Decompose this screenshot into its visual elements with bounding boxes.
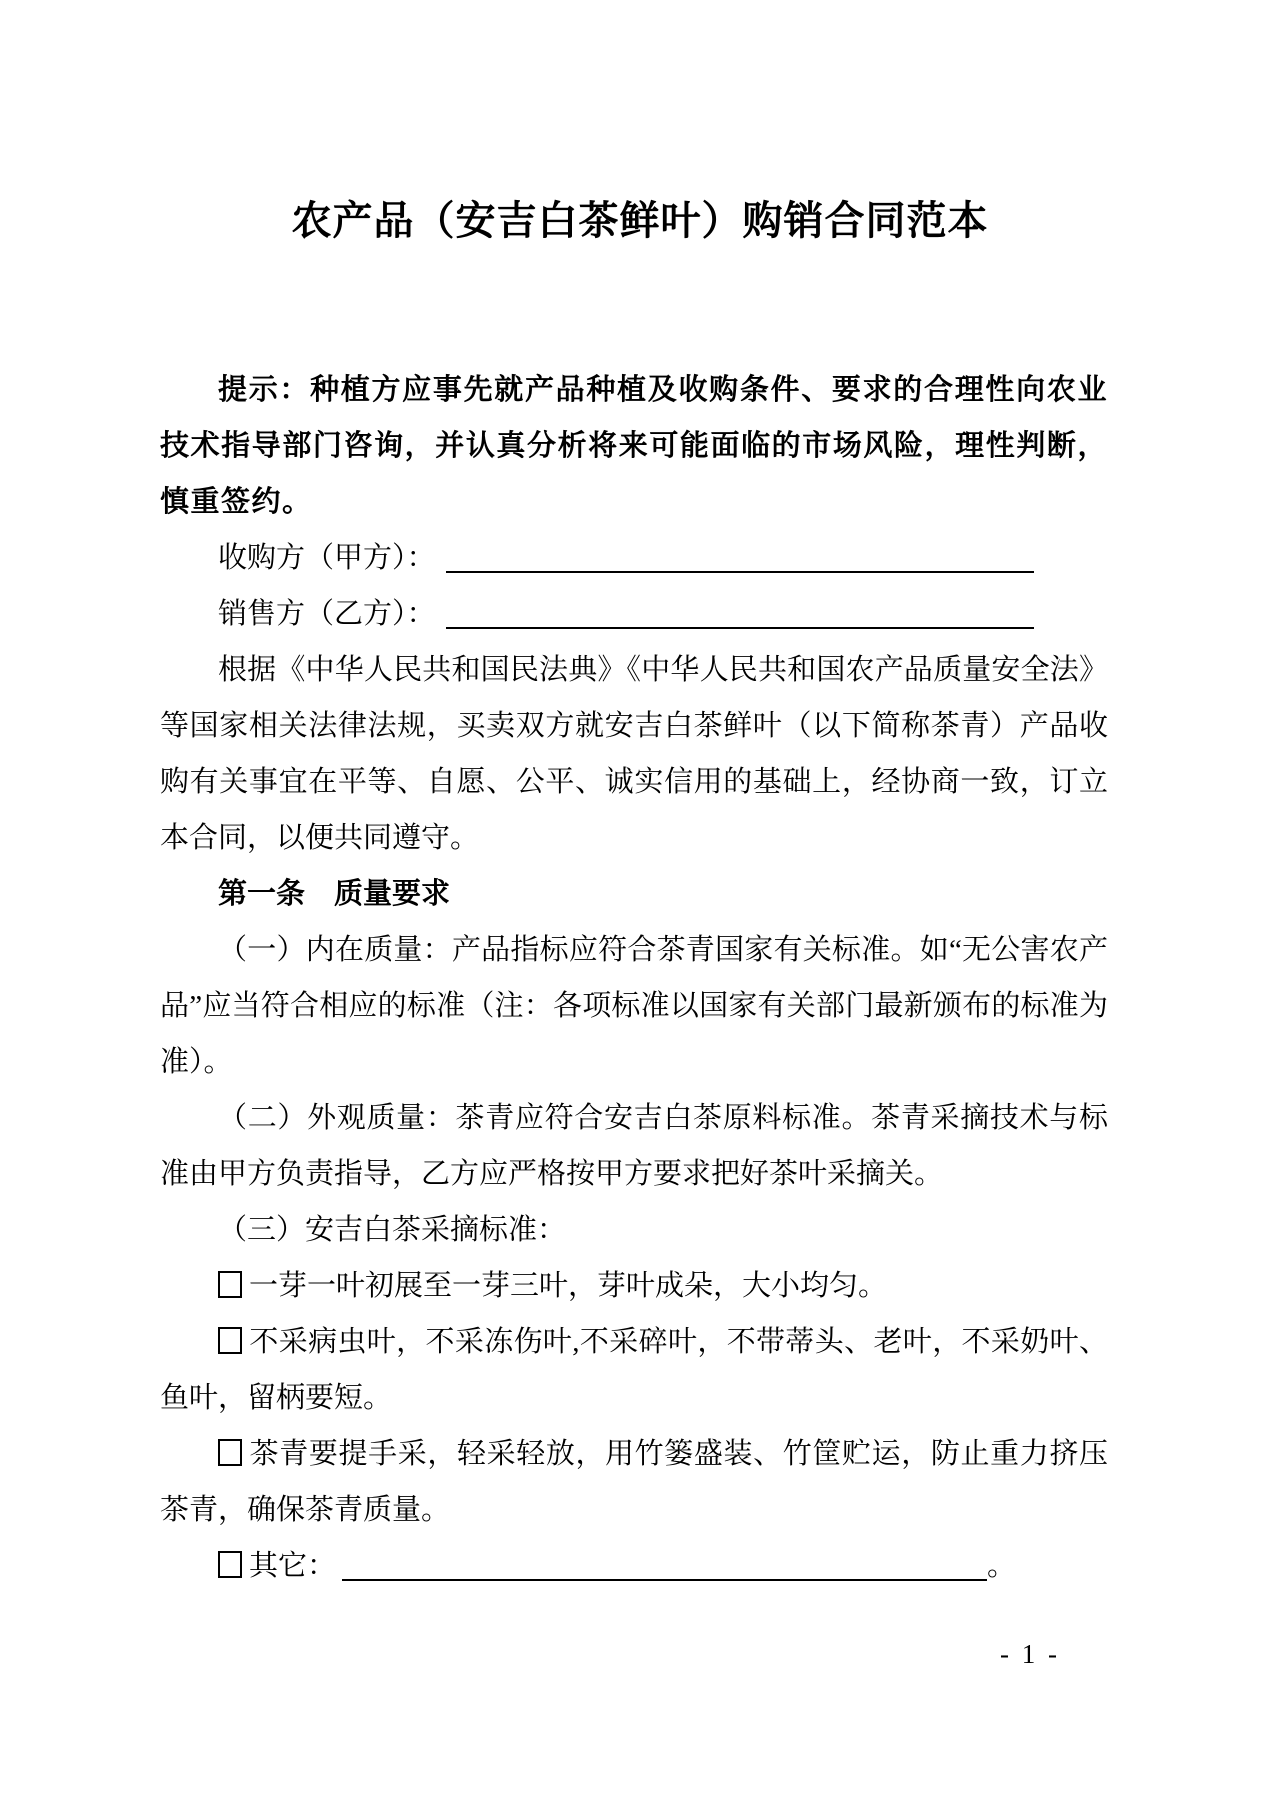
preamble-paragraph: 根据《中华人民共和国民法典》《中华人民共和国农产品质量安全法》等国家相关法律法规… <box>160 642 1108 866</box>
checkbox-option-2: 不采病虫叶，不采冻伤叶,不采碎叶，不带蒂头、老叶，不采奶叶、鱼叶，留柄要短。 <box>160 1314 1108 1426</box>
buyer-label: 收购方（甲方）： <box>218 542 436 574</box>
buyer-row: 收购方（甲方）： <box>160 530 1108 586</box>
option-text: 其它： <box>249 1550 336 1582</box>
checkbox-option-1: 一芽一叶初展至一芽三叶，芽叶成朵，大小均匀。 <box>160 1258 1108 1314</box>
clause2-paragraph: （二）外观质量：茶青应符合安吉白茶原料标准。茶青采摘技术与标准由甲方负责指导，乙… <box>160 1090 1108 1202</box>
option-text: 一芽一叶初展至一芽三叶，芽叶成朵，大小均匀。 <box>249 1270 887 1302</box>
option-text: 不采病虫叶，不采冻伤叶,不采碎叶，不带蒂头、老叶，不采奶叶、鱼叶，留柄要短。 <box>160 1326 1108 1414</box>
notice-paragraph: 提示：种植方应事先就产品种植及收购条件、要求的合理性向农业技术指导部门咨询，并认… <box>160 362 1108 530</box>
option-text: 茶青要提手采，轻采轻放，用竹篓盛装、竹筐贮运，防止重力挤压茶青，确保茶青质量。 <box>160 1438 1108 1526</box>
clause3-paragraph: （三）安吉白茶采摘标准： <box>160 1202 1108 1258</box>
seller-row: 销售方（乙方）： <box>160 586 1108 642</box>
checkbox-icon <box>218 1327 242 1354</box>
option-suffix: 。 <box>987 1550 1016 1582</box>
page-number: - 1 - <box>1000 1636 1060 1672</box>
checkbox-option-3: 茶青要提手采，轻采轻放，用竹篓盛装、竹筐贮运，防止重力挤压茶青，确保茶青质量。 <box>160 1426 1108 1538</box>
clause1-paragraph: （一）内在质量：产品指标应符合茶青国家有关标准。如“无公害农产品”应当符合相应的… <box>160 922 1108 1090</box>
checkbox-icon <box>218 1551 242 1578</box>
checkbox-icon <box>218 1439 242 1466</box>
other-blank-line <box>342 1549 987 1581</box>
seller-blank-line <box>446 597 1034 629</box>
checkbox-icon <box>218 1271 242 1298</box>
document-page: 农产品（安吉白茶鲜叶）购销合同范本 提示：种植方应事先就产品种植及收购条件、要求… <box>0 0 1280 1811</box>
seller-label: 销售方（乙方）： <box>218 598 436 630</box>
buyer-blank-line <box>446 541 1034 573</box>
document-body: 提示：种植方应事先就产品种植及收购条件、要求的合理性向农业技术指导部门咨询，并认… <box>160 362 1108 1594</box>
article1-heading: 第一条 质量要求 <box>160 866 1108 922</box>
checkbox-option-other: 其它：。 <box>160 1538 1108 1594</box>
document-title: 农产品（安吉白茶鲜叶）购销合同范本 <box>0 193 1280 249</box>
